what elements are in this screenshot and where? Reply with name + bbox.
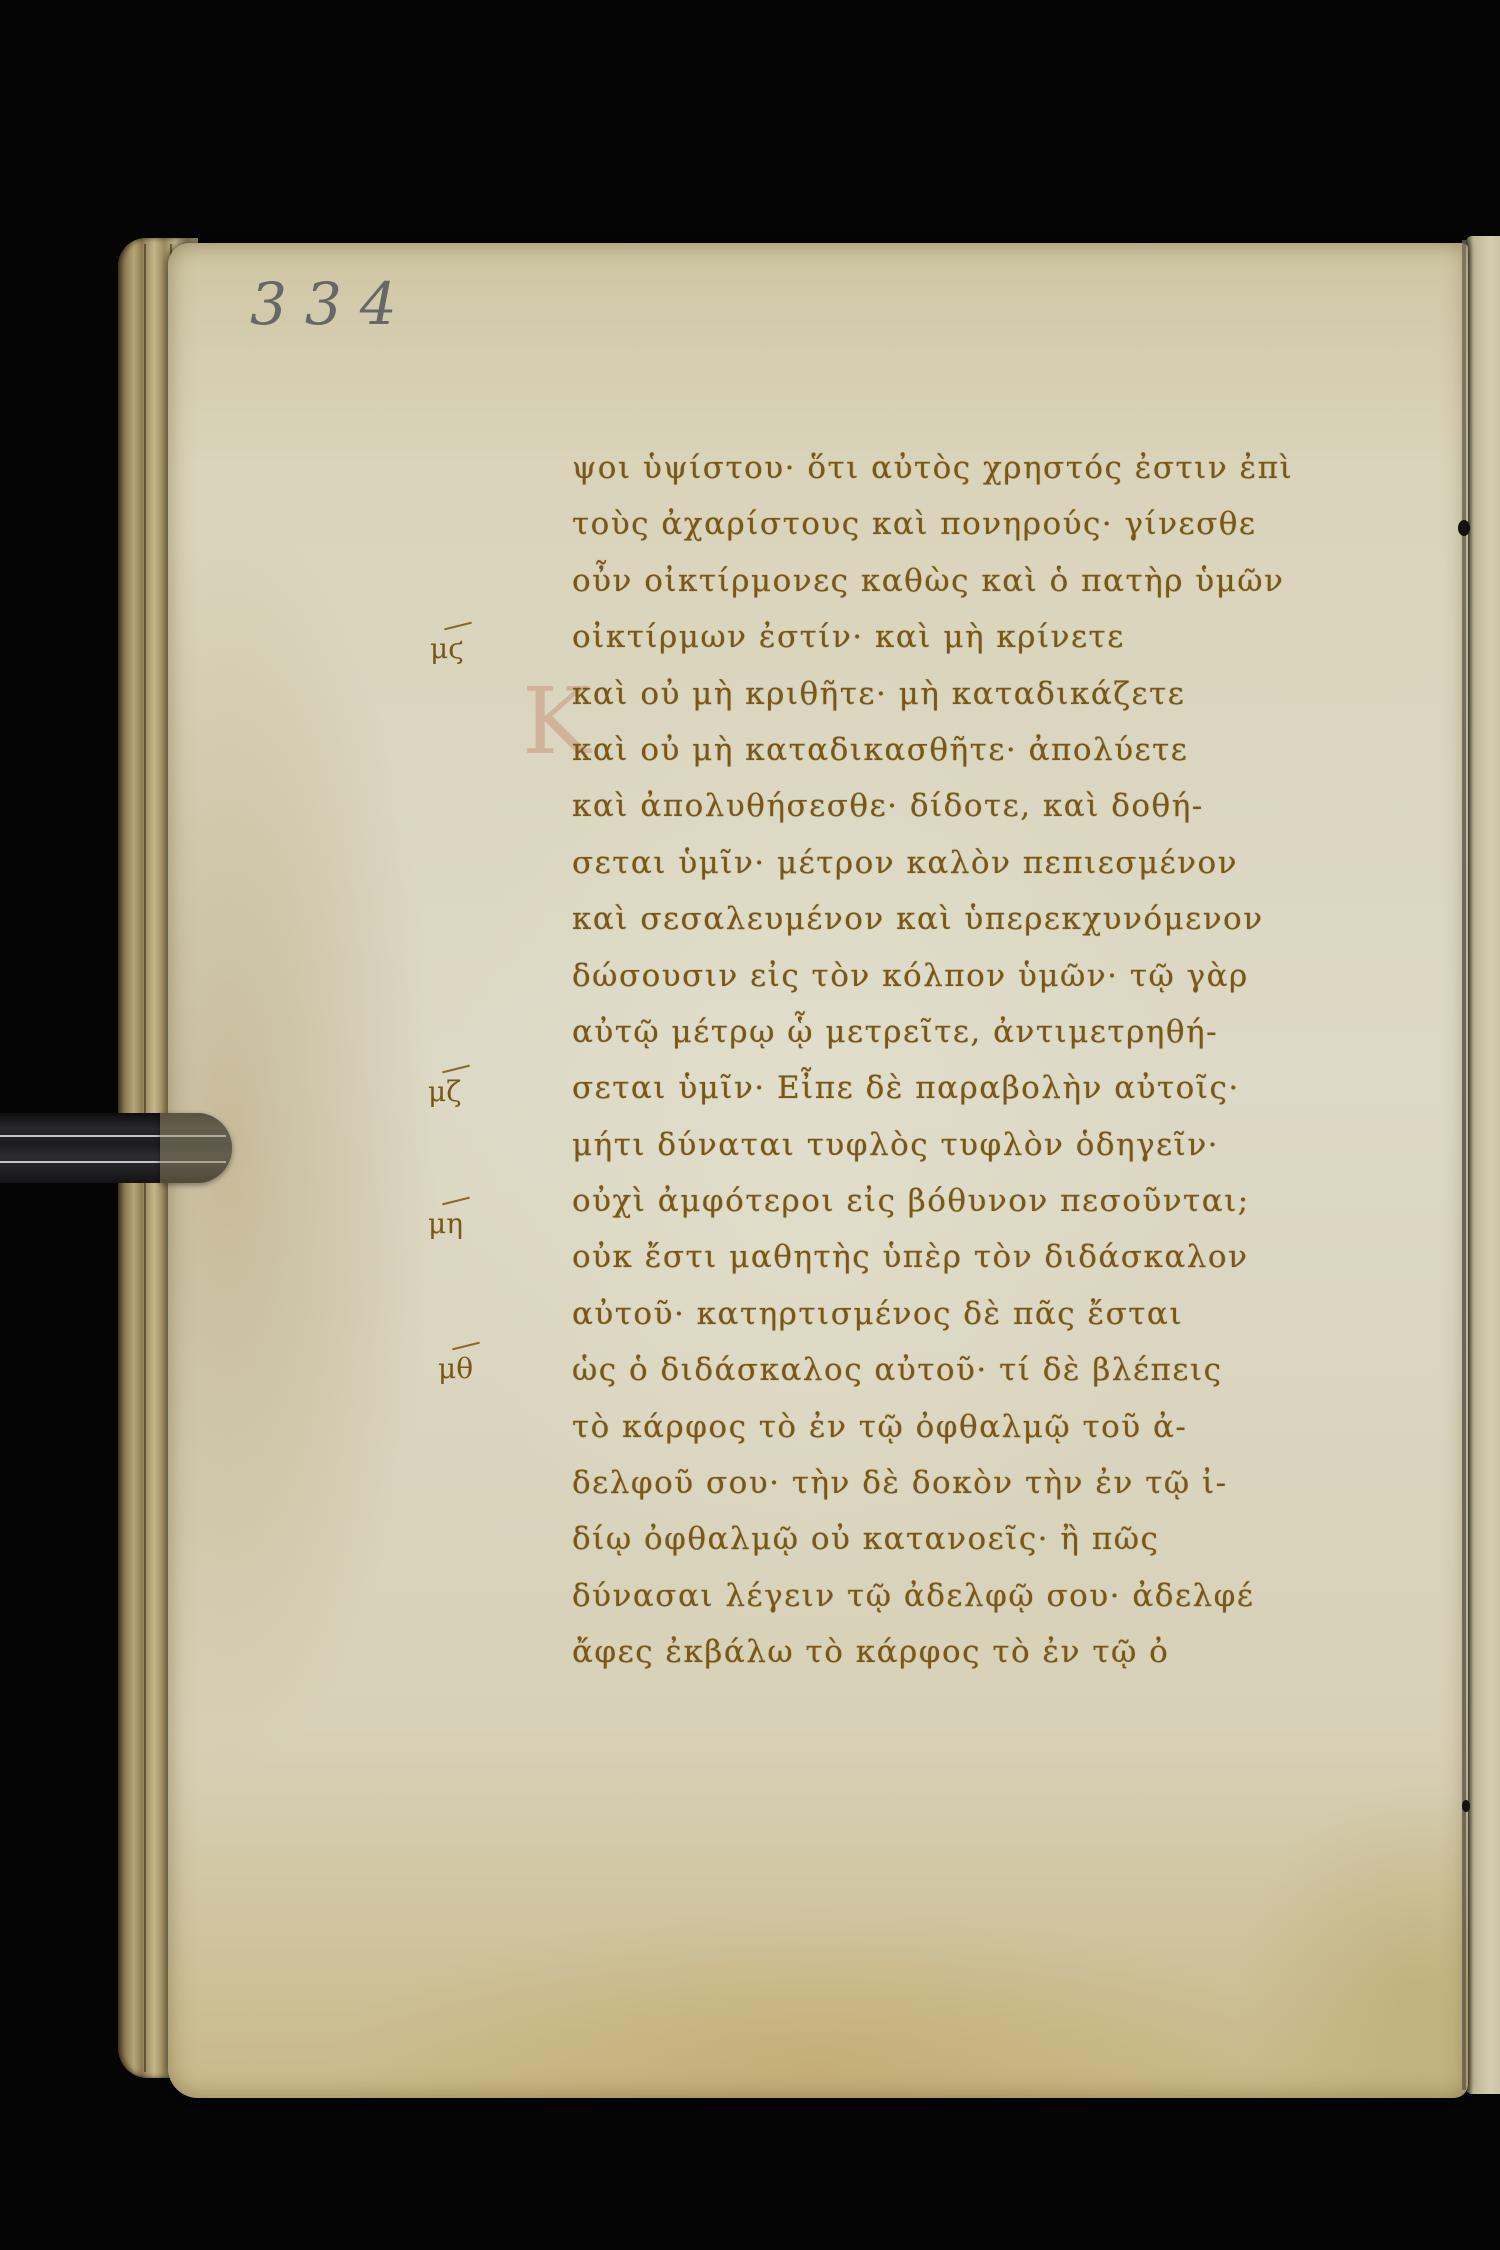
text-line: ψοι ὑψίστου· ὅτι αὐτὸς χρηστός ἐστιν ἐπὶ (572, 440, 1372, 496)
text-line: δελφοῦ σου· τὴν δὲ δοκὸν τὴν ἐν τῷ ἰ- (572, 1455, 1372, 1511)
text-line: οὐχὶ ἀμφότεροι εἰς βόθυνον πεσοῦνται; (572, 1173, 1372, 1229)
text-line: καὶ σεσαλευμένον καὶ ὑπερεκχυνόμενον (572, 891, 1372, 947)
gutter-fold (1462, 240, 1466, 2090)
margin-note-label: μη (428, 1207, 463, 1240)
text-line: καὶ ἀπολυθήσεσθε· δίδοτε, καὶ δοθή- (572, 778, 1372, 834)
text-line: καὶ οὐ μὴ καταδικασθῆτε· ἀπολύετε (572, 722, 1372, 778)
margin-note-label: μζ (428, 1075, 461, 1108)
folio-number: 334 (250, 270, 415, 338)
text-line: ἄφες ἐκβάλω τὸ κάρφος τὸ ἐν τῷ ὀ (572, 1624, 1372, 1680)
ink-blot (1458, 520, 1470, 536)
ink-blot (1462, 1800, 1470, 1812)
margin-section-number: μζ (428, 1068, 470, 1106)
text-line: δίῳ ὀφθαλμῷ οὐ κατανοεῖς· ἢ πῶς (572, 1511, 1372, 1567)
text-line: σεται ὑμῖν· μέτρον καλὸν πεπιεσμένον (572, 835, 1372, 891)
main-text-column: ψοι ὑψίστου· ὅτι αὐτὸς χρηστός ἐστιν ἐπὶ… (572, 440, 1372, 1681)
margin-note-label: μϛ (430, 632, 464, 665)
facing-page-edge (1466, 236, 1500, 2094)
text-line: σεται ὑμῖν· Εἶπε δὲ παραβολὴν αὐτοῖς· (572, 1060, 1372, 1116)
text-line: δύνασαι λέγειν τῷ ἀδελφῷ σου· ἀδελφέ (572, 1568, 1372, 1624)
text-line: ὡς ὁ διδάσκαλος αὐτοῦ· τί δὲ βλέπεις (572, 1342, 1372, 1398)
text-line: αὐτοῦ· κατηρτισμένος δὲ πᾶς ἔσται (572, 1286, 1372, 1342)
text-line: οἰκτίρμων ἐστίν· καὶ μὴ κρίνετε (572, 609, 1372, 665)
text-line: οὖν οἰκτίρμονες καθὼς καὶ ὁ πατὴρ ὑμῶν (572, 553, 1372, 609)
margin-note-label: μθ (438, 1352, 473, 1385)
page-holder-tip (160, 1113, 232, 1183)
text-line: τὸ κάρφος τὸ ἐν τῷ ὀφθαλμῷ τοῦ ἀ- (572, 1399, 1372, 1455)
margin-section-number: μη (428, 1200, 470, 1238)
text-line: τοὺς ἀχαρίστους καὶ πονηρούς· γίνεσθε (572, 496, 1372, 552)
text-line: οὐκ ἔστι μαθητὴς ὑπὲρ τὸν διδάσκαλον (572, 1229, 1372, 1285)
text-line: καὶ οὐ μὴ κριθῆτε· μὴ καταδικάζετε (572, 666, 1372, 722)
margin-section-number: μϛ (430, 625, 472, 663)
text-line: μήτι δύναται τυφλὸς τυφλὸν ὁδηγεῖν· (572, 1117, 1372, 1173)
text-line: αὐτῷ μέτρῳ ᾧ μετρεῖτε, ἀντιμετρηθή- (572, 1004, 1372, 1060)
text-line: δώσουσιν εἰς τὸν κόλπον ὑμῶν· τῷ γὰρ (572, 948, 1372, 1004)
margin-section-number: μθ (438, 1345, 480, 1383)
